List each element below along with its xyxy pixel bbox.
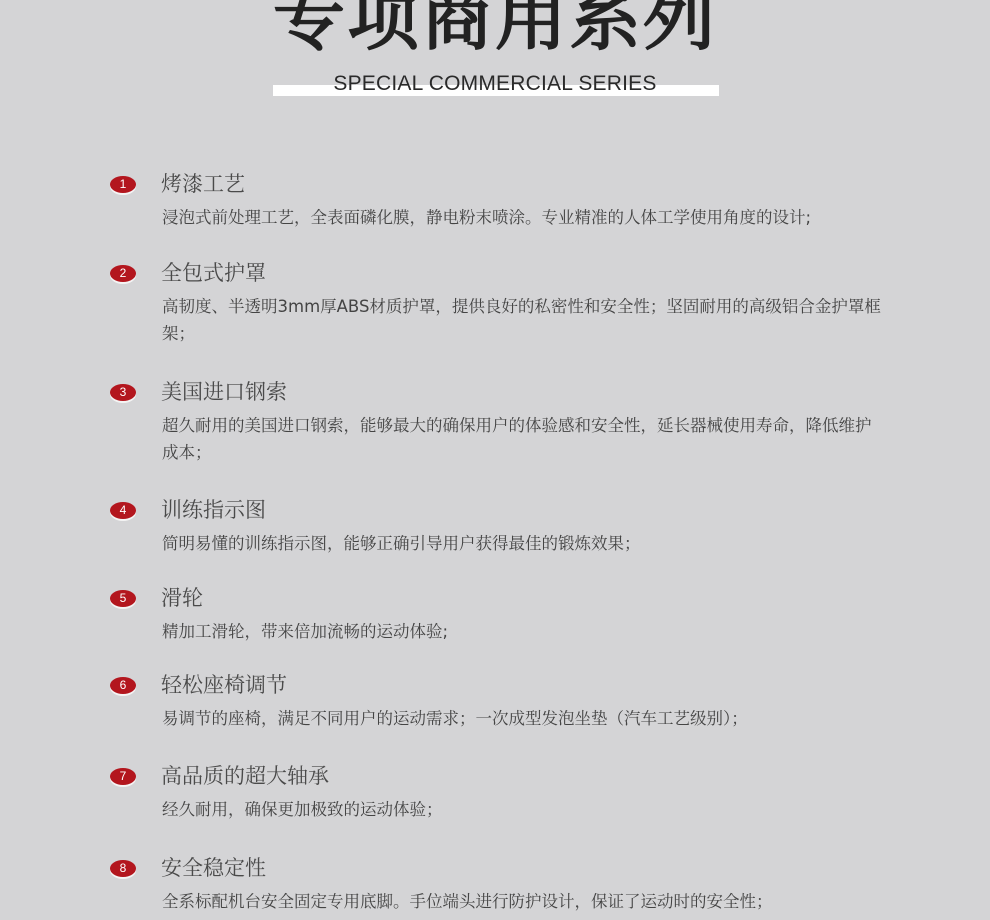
page-title: 专项商用系列 <box>0 0 990 58</box>
feature-title: 烤漆工艺 <box>161 170 245 198</box>
number-badge-icon: 4 <box>110 502 136 519</box>
page-subtitle: SPECIAL COMMERCIAL SERIES <box>0 71 990 97</box>
feature-title: 全包式护罩 <box>161 259 266 287</box>
feature-title: 轻松座椅调节 <box>161 671 287 699</box>
number-badge-icon: 8 <box>110 860 136 877</box>
number-badge-icon: 5 <box>110 590 136 607</box>
feature-title: 滑轮 <box>161 584 203 612</box>
number-badge-icon: 3 <box>110 384 136 401</box>
feature-description: 简明易懂的训练指示图，能够正确引导用户获得最佳的锻炼效果； <box>162 530 882 557</box>
header: 专项商用系列 SPECIAL COMMERCIAL SERIES <box>0 0 990 110</box>
feature-description: 全系标配机台安全固定专用底脚。手位端头进行防护设计，保证了运动时的安全性； <box>162 888 882 915</box>
feature-description: 浸泡式前处理工艺，全表面磷化膜，静电粉末喷涂。专业精准的人体工学使用角度的设计; <box>162 204 882 231</box>
feature-title: 安全稳定性 <box>161 854 266 882</box>
feature-description: 精加工滑轮，带来倍加流畅的运动体验; <box>162 618 882 645</box>
feature-title: 训练指示图 <box>161 496 266 524</box>
feature-description: 易调节的座椅，满足不同用户的运动需求；一次成型发泡坐垫（汽车工艺级别）； <box>162 705 882 732</box>
number-badge-icon: 6 <box>110 677 136 694</box>
feature-title: 美国进口钢索 <box>161 378 287 406</box>
number-badge-icon: 2 <box>110 265 136 282</box>
number-badge-icon: 1 <box>110 176 136 193</box>
feature-description: 经久耐用，确保更加极致的运动体验； <box>162 796 882 823</box>
feature-title: 高品质的超大轴承 <box>161 762 329 790</box>
feature-description: 高韧度、半透明3mm厚ABS材质护罩，提供良好的私密性和安全性；坚固耐用的高级铝… <box>162 293 882 347</box>
feature-description: 超久耐用的美国进口钢索，能够最大的确保用户的体验感和安全性，延长器械使用寿命，降… <box>162 412 882 466</box>
number-badge-icon: 7 <box>110 768 136 785</box>
